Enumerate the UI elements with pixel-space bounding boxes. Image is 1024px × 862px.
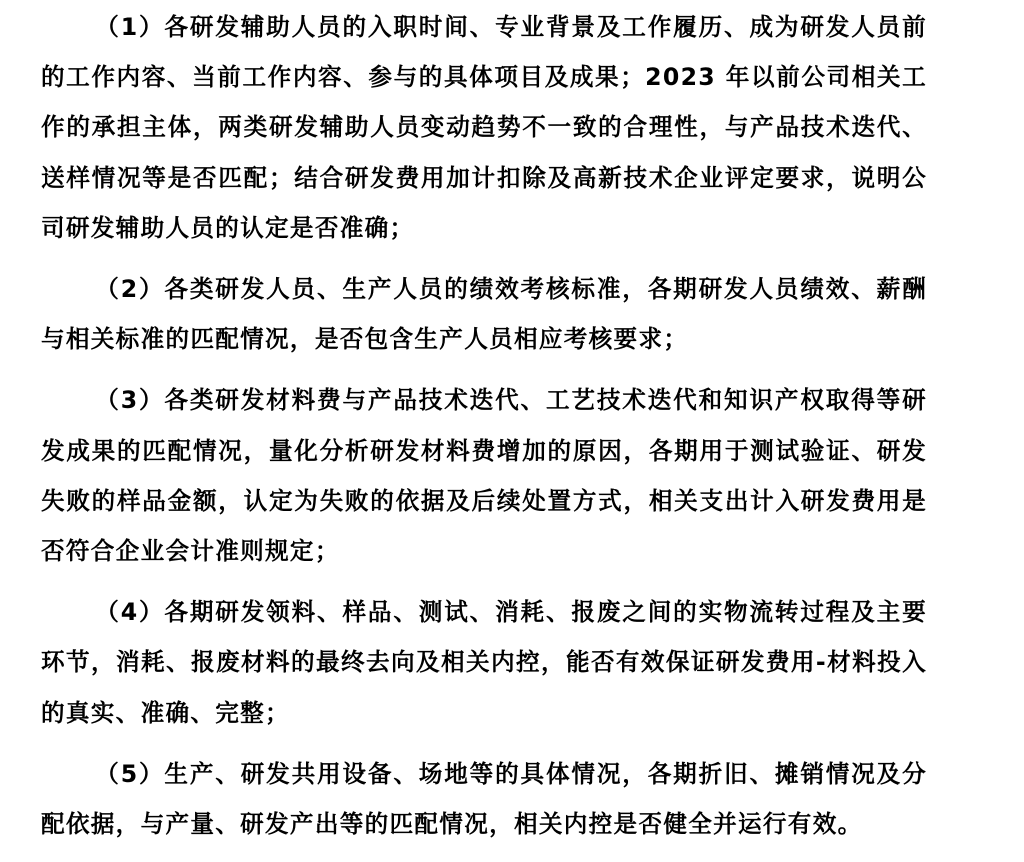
item-text: 各研发辅助人员的入职时间、专业背景及工作履历、成为研发人员前的工作内容、当前工作…	[41, 13, 927, 242]
paragraph-3: （3）各类研发材料费与产品技术迭代、工艺技术迭代和知识产权取得等研发成果的匹配情…	[41, 375, 927, 576]
item-label: （3）	[95, 386, 164, 414]
item-label: （1）	[95, 13, 164, 41]
item-text: 各类研发材料费与产品技术迭代、工艺技术迭代和知识产权取得等研发成果的匹配情况，量…	[41, 386, 927, 565]
item-text: 生产、研发共用设备、场地等的具体情况，各期折旧、摊销情况及分配依据，与产量、研发…	[41, 760, 927, 838]
item-label: （2）	[95, 275, 164, 303]
paragraph-5: （5）生产、研发共用设备、场地等的具体情况，各期折旧、摊销情况及分配依据，与产量…	[41, 749, 927, 849]
item-text: 各期研发领料、样品、测试、消耗、报废之间的实物流转过程及主要环节，消耗、报废材料…	[41, 598, 927, 726]
paragraph-2: （2）各类研发人员、生产人员的绩效考核标准，各期研发人员绩效、薪酬与相关标准的匹…	[41, 264, 927, 364]
paragraph-1: （1）各研发辅助人员的入职时间、专业背景及工作履历、成为研发人员前的工作内容、当…	[41, 2, 927, 253]
item-label: （5）	[95, 760, 164, 788]
item-text: 各类研发人员、生产人员的绩效考核标准，各期研发人员绩效、薪酬与相关标准的匹配情况…	[41, 275, 927, 353]
paragraph-4: （4）各期研发领料、样品、测试、消耗、报废之间的实物流转过程及主要环节，消耗、报…	[41, 587, 927, 738]
item-label: （4）	[95, 598, 164, 626]
document-body: （1）各研发辅助人员的入职时间、专业背景及工作履历、成为研发人员前的工作内容、当…	[41, 2, 927, 860]
